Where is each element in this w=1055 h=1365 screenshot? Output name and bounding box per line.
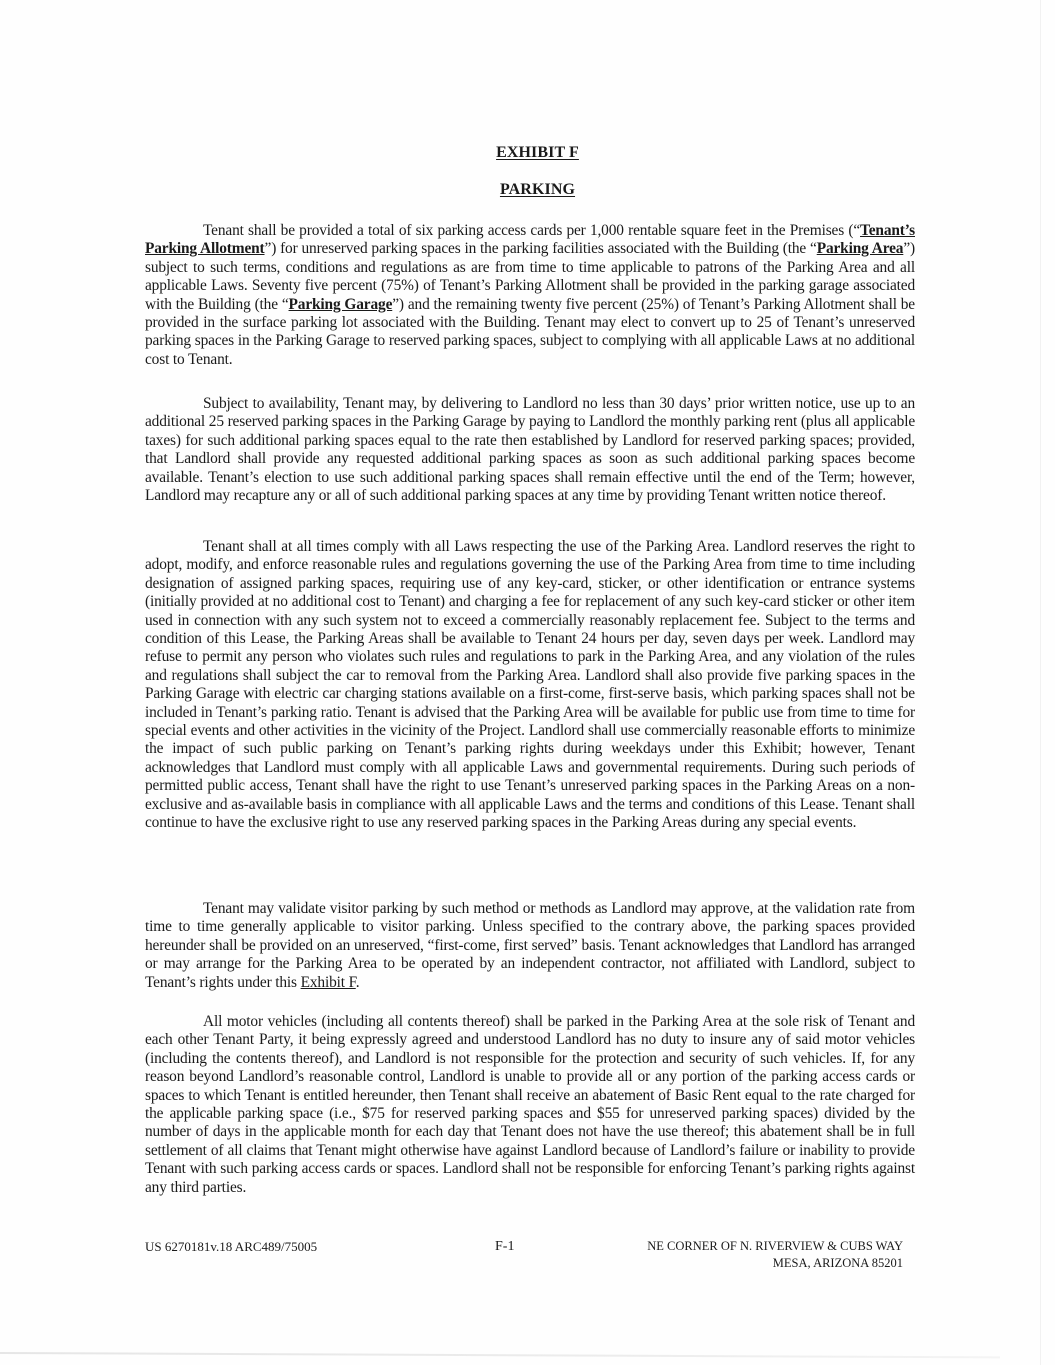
paragraph-text: Tenant may validate visitor parking by s… xyxy=(145,900,915,991)
page-edge-right xyxy=(1040,0,1041,1365)
paragraph-parking-allotment: Tenant shall be provided a total of six … xyxy=(145,222,915,369)
paragraph-text: All motor vehicles (including all conten… xyxy=(145,1013,915,1197)
defined-term-parking-garage: Parking Garage xyxy=(289,296,393,313)
page-edge-bottom xyxy=(0,1352,1000,1358)
paragraph-additional-spaces: Subject to availability, Tenant may, by … xyxy=(145,395,915,505)
document-page: EXHIBIT F PARKING Tenant shall be provid… xyxy=(0,0,1055,1365)
paragraph-motor-vehicles-risk: All motor vehicles (including all conten… xyxy=(145,1013,915,1197)
paragraph-visitor-parking: Tenant may validate visitor parking by s… xyxy=(145,900,915,992)
exhibit-label: EXHIBIT F xyxy=(10,144,1055,162)
footer-address-line1: NE CORNER OF N. RIVERVIEW & CUBS WAY xyxy=(560,1238,903,1255)
footer-document-id: US 6270181v.18 ARC489/75005 xyxy=(145,1238,317,1255)
paragraph-text: . xyxy=(356,974,360,991)
paragraph-text: Subject to availability, Tenant may, by … xyxy=(145,395,915,505)
defined-term-parking-area: Parking Area xyxy=(817,240,904,257)
paragraph-text: ”) for unreserved parking spaces in the … xyxy=(265,240,817,257)
footer-address-line2: MESA, ARIZONA 85201 xyxy=(560,1255,903,1272)
paragraph-text: Tenant shall at all times comply with al… xyxy=(145,538,915,833)
exhibit-reference: Exhibit F xyxy=(301,974,356,991)
footer-page-number: F-1 xyxy=(495,1238,514,1255)
paragraph-rules-and-regulations: Tenant shall at all times comply with al… xyxy=(145,538,915,833)
page-title: PARKING xyxy=(10,181,1055,199)
paragraph-text: Tenant shall be provided a total of six … xyxy=(203,222,860,239)
footer-address: NE CORNER OF N. RIVERVIEW & CUBS WAY MES… xyxy=(560,1238,903,1272)
